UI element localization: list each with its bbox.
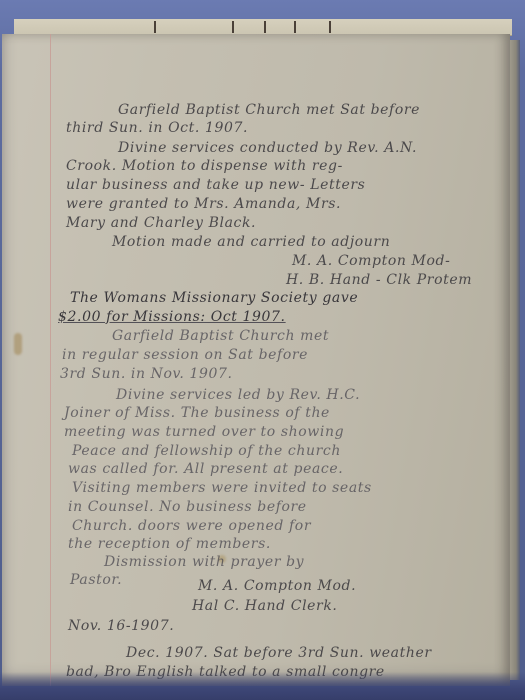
entry-line: was called for. All present at peace. <box>68 461 343 477</box>
entry-line: the reception of members. <box>68 536 271 552</box>
entry-line: Mary and Charley Black. <box>66 215 256 231</box>
signature-moderator: M. A. Compton Mod. <box>198 578 356 594</box>
binding-stitch <box>154 21 156 33</box>
entry-line: The Womans Missionary Society gave <box>70 290 358 306</box>
entry-line: Pastor. <box>70 572 122 588</box>
entry-line: Joiner of Miss. The business of the <box>64 405 330 421</box>
signature-moderator: M. A. Compton Mod- <box>292 253 450 269</box>
entry-line: 3rd Sun. in Nov. 1907. <box>60 366 233 382</box>
entry-line: Divine services led by Rev. H.C. <box>116 387 360 403</box>
entry-line: meeting was turned over to showing <box>64 424 344 440</box>
entry-line: Church. doors were opened for <box>72 518 311 534</box>
entry-line: Garfield Baptist Church met <box>112 328 329 344</box>
scan-bottom-edge <box>0 672 525 700</box>
binding-stitch <box>294 21 296 33</box>
binding-stitch <box>264 21 266 33</box>
entry-line: third Sun. in Oct. 1907. <box>66 120 248 136</box>
scan-background: Garfield Baptist Church met Sat before t… <box>0 0 525 700</box>
entry-line: Peace and fellowship of the church <box>72 443 341 459</box>
entry-line: ular business and take up new- Letters <box>66 177 365 193</box>
entry-line: in regular session on Sat before <box>62 347 308 363</box>
entry-line: Motion made and carried to adjourn <box>112 234 390 250</box>
entry-line: Dismission with prayer by <box>104 554 304 570</box>
binding-stitch <box>232 21 234 33</box>
entry-line: Crook. Motion to dispense with reg- <box>66 158 343 174</box>
entry-line: Dec. 1907. Sat before 3rd Sun. weather <box>126 645 432 661</box>
entry-date: Nov. 16-1907. <box>68 618 174 634</box>
entry-line: in Counsel. No business before <box>68 499 307 515</box>
signature-clerk: H. B. Hand - Clk Protem <box>286 272 472 288</box>
paper-stain <box>14 333 22 355</box>
entry-line: Garfield Baptist Church met Sat before <box>118 102 420 118</box>
entry-line: $2.00 for Missions: Oct 1907. <box>58 309 286 325</box>
signature-clerk: Hal C. Hand Clerk. <box>192 598 337 614</box>
entry-line: were granted to Mrs. Amanda, Mrs. <box>66 196 341 212</box>
entry-line: Divine services conducted by Rev. A.N. <box>118 140 417 156</box>
binding-stitch <box>329 21 331 33</box>
page-stack-edge <box>510 40 520 680</box>
margin-rule <box>50 34 51 686</box>
entry-line: Visiting members were invited to seats <box>72 480 372 496</box>
